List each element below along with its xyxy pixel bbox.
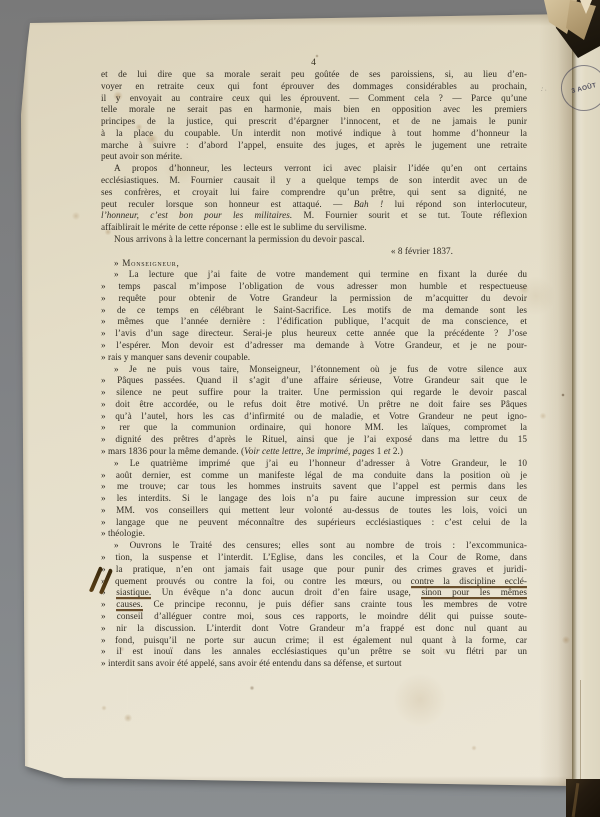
text-line: » fond, puisqu’il ne porte sur aucun cri… — [101, 635, 527, 647]
text-line: » dignité des prêtres d’après le Rituel,… — [101, 434, 527, 446]
text-line: » Pâques passées. Quand il s’agit d’une … — [101, 375, 527, 387]
text-line: » MM. vos conseillers qui mettent leur v… — [101, 505, 527, 517]
text-line: » mars 1836 pour la même demande. (Voir … — [101, 446, 527, 458]
text-line: » langage que ne peuvent méconnaître des… — [101, 517, 527, 529]
page-top-edge-shade — [0, 13, 600, 26]
text-line: » Je ne puis vous taire, Monseigneur, l’… — [101, 364, 527, 376]
page-shadow-wrap: 4 et de lui dire que sa morale serait pe… — [0, 0, 600, 817]
text-line: telle morale ne serait pas en harmonie, … — [101, 104, 527, 116]
text-line: et de lui dire que sa morale serait peu … — [101, 69, 527, 81]
text-line: » rais y manquer sans devenir coupable. — [101, 352, 527, 364]
text-line: » temps pascal m’impose l’obligation de … — [101, 281, 527, 293]
photographed-book-scene: 4 et de lui dire que sa morale serait pe… — [0, 0, 600, 817]
text-line: » théologie. — [101, 528, 527, 540]
text-line: voyer en retraite ceux qui font éprouver… — [101, 81, 527, 93]
text-line: ses confrères, et croyait lui faire comp… — [101, 187, 527, 199]
text-line: » quement prouvés ou contre la foi, ou c… — [101, 576, 527, 588]
text-line: » silence ne peut suffire pour la traite… — [101, 387, 527, 399]
text-line: » il est inouï dans les annales ecclésia… — [101, 646, 527, 658]
text-line: » La lecture que j’ai faite de votre man… — [101, 269, 527, 281]
text-line: » causes. Ce principe reconnu, je puis d… — [101, 599, 527, 611]
text-line: » Le quatrième imprimé que j’ai eu l’hon… — [101, 458, 527, 470]
text-line: à la place du coupable. Un interdit non … — [101, 128, 527, 140]
text-line: ecclésiastiques. M. Fournier causait il … — [101, 175, 527, 187]
text-line: » conseil d’alléguer contre moi, sous ce… — [101, 611, 527, 623]
salutation-line: » Monseigneur, — [101, 258, 527, 270]
text-line: » mêmes que l’année dernière : l’édifica… — [101, 316, 527, 328]
stamp-text: 3 AOÛT — [571, 82, 597, 95]
text-line: » août dernier, est comme un manifeste l… — [101, 470, 527, 482]
text-line: » Ouvrons le Traité des censures; elles … — [101, 540, 527, 552]
gutter-shade — [539, 0, 573, 817]
text-line: » la pratique, n’en ont jamais fait usag… — [101, 564, 527, 576]
text-line: l’honneur, c’est bon pour les militaires… — [101, 210, 527, 222]
text-line: » siastique. Un évêque n’a donc aucun dr… — [101, 587, 527, 599]
page-bottom-edge-shade — [0, 776, 600, 786]
text-line: » me trouve; car tous les hommes instrui… — [101, 481, 527, 493]
page-number: 4 — [101, 57, 527, 68]
text-line: » nir la discussion. L’interdit dont Vot… — [101, 623, 527, 635]
text-line: » rer que la communion ordinaire, qui ho… — [101, 422, 527, 434]
manuscript-margin-mark — [90, 563, 120, 605]
text-line: affaiblirait le mérite de cette réponse … — [101, 222, 527, 234]
text-line: » l’espérer. Mon devoir est d’adresser m… — [101, 340, 527, 352]
text-line: marche à suivre : d’abord l’appel, ensui… — [101, 140, 527, 152]
text-line: » de ce temps en célébrant le Saint-Sacr… — [101, 305, 527, 317]
text-line: peut avoir son mérite. — [101, 151, 527, 163]
text-line: A propos d’honneur, les lecteurs verront… — [101, 163, 527, 175]
page-left-edge-shade — [20, 0, 29, 817]
text-line: Nous arrivons à la lettre concernant la … — [101, 234, 527, 246]
text-line: » les interdits. Si le langage des lois … — [101, 493, 527, 505]
book-page: 4 et de lui dire que sa morale serait pe… — [0, 0, 600, 817]
text-block: et de lui dire que sa morale serait peu … — [101, 69, 527, 670]
text-line: il y envoyait au contraire ceux qui les … — [101, 93, 527, 105]
text-line: peut reculer lorsque son honneur est att… — [101, 199, 527, 211]
text-line: » requête pour obtenir de Votre Grandeur… — [101, 293, 527, 305]
text-line: » doit être accordée, ou le refus doit ê… — [101, 399, 527, 411]
date-line: « 8 février 1837. — [101, 246, 527, 258]
text-line: » l’avis d’un sage directeur. Serai-je p… — [101, 328, 527, 340]
text-line: » qu’à l’autel, hors les cas d’infirmité… — [101, 411, 527, 423]
text-line: » tion, la suspense et l’interdit. L’Egl… — [101, 552, 527, 564]
book-spine-corner — [566, 779, 600, 817]
text-line: principes de la justice, qui prescrit d’… — [101, 116, 527, 128]
text-line: » interdit sans avoir été appelé, sans a… — [101, 658, 527, 670]
